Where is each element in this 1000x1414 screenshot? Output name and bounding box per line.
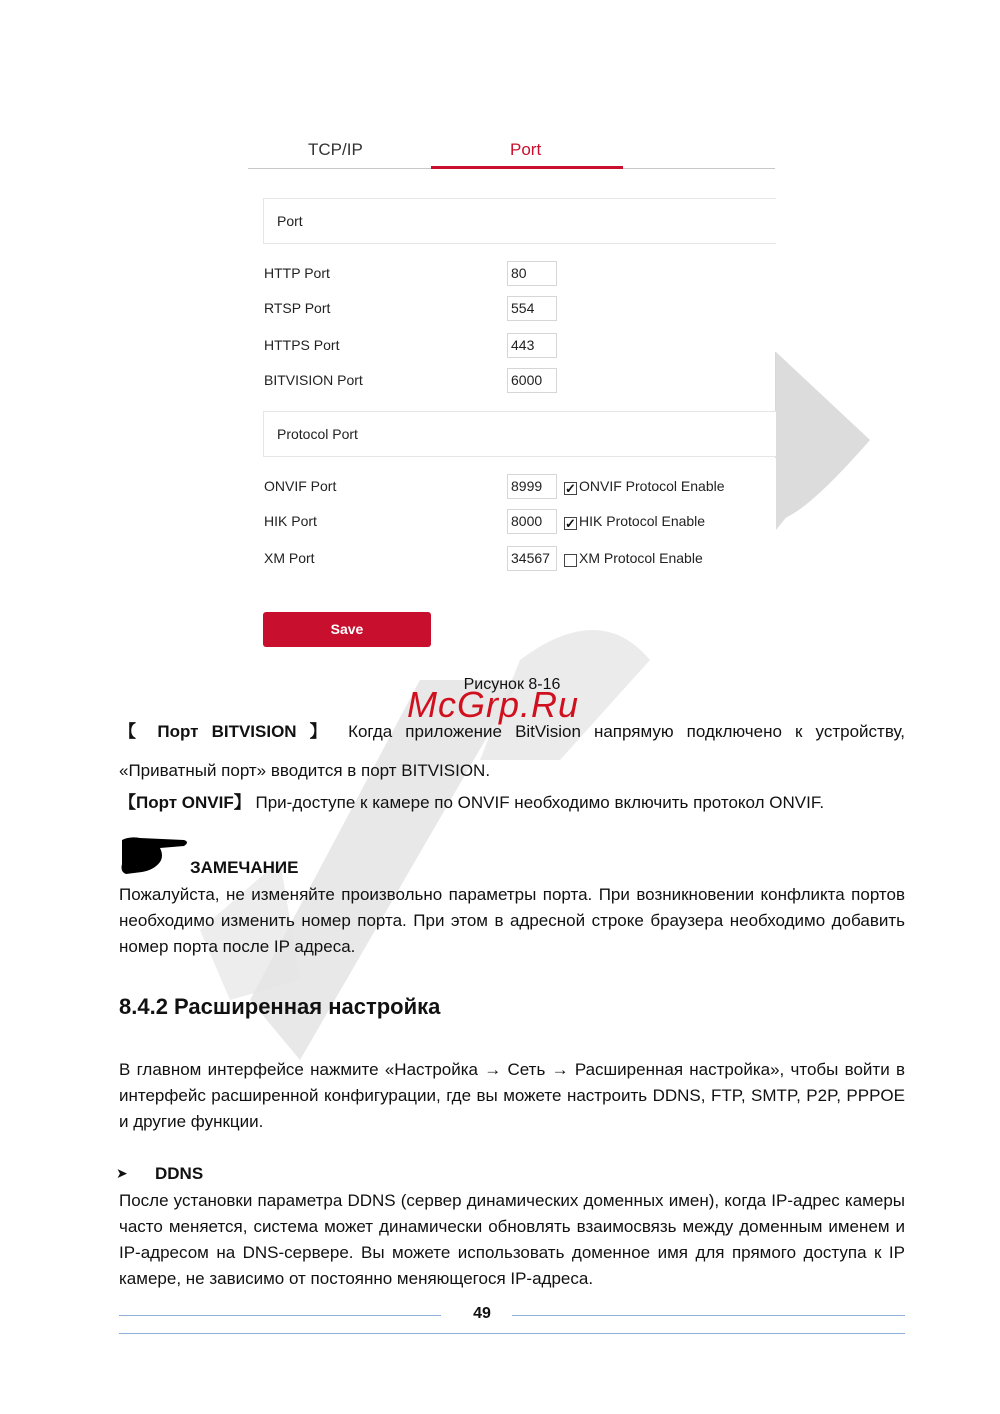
footer-rule-bottom xyxy=(119,1333,905,1334)
footer-rule-left xyxy=(119,1315,441,1316)
rtsp-port-label: RTSP Port xyxy=(264,300,330,316)
page-number: 49 xyxy=(462,1305,502,1323)
xm-enable-label: XM Protocol Enable xyxy=(579,550,703,566)
xm-port-input[interactable]: 34567 xyxy=(507,546,557,571)
note-text: Пожалуйста, не изменяйте произвольно пар… xyxy=(119,882,905,960)
active-tab-indicator xyxy=(431,166,623,169)
xm-port-label: XM Port xyxy=(264,550,315,566)
https-port-label: HTTPS Port xyxy=(264,337,339,353)
ddns-heading: DDNS xyxy=(155,1164,203,1184)
bitvision-port-input[interactable]: 6000 xyxy=(507,368,557,393)
onvif-port-input[interactable]: 8999 xyxy=(507,474,557,499)
hik-enable-label: HIK Protocol Enable xyxy=(579,513,705,529)
protocol-section-title: Protocol Port xyxy=(277,426,358,442)
tab-port[interactable]: Port xyxy=(510,140,541,160)
onvif-paragraph: 【Порт ONVIF】 При-доступе к камере по ONV… xyxy=(119,790,905,816)
port-section-title: Port xyxy=(277,213,303,229)
onvif-enable-checkbox[interactable]: ✓ xyxy=(564,482,577,495)
site-watermark: McGrp.Ru xyxy=(407,684,579,726)
section-heading: 8.4.2 Расширенная настройка xyxy=(119,994,440,1020)
bitvision-term: 【 Порт BITVISION 】 xyxy=(119,722,335,741)
hik-port-input[interactable]: 8000 xyxy=(507,509,557,534)
http-port-label: HTTP Port xyxy=(264,265,330,281)
tab-tcp-ip[interactable]: TCP/IP xyxy=(308,140,363,160)
protocol-section-header: Protocol Port xyxy=(263,411,776,457)
hik-port-label: HIK Port xyxy=(264,513,317,529)
ddns-text: После установки параметра DDNS (сервер д… xyxy=(119,1188,905,1292)
pointing-hand-icon xyxy=(120,834,190,876)
onvif-enable-label: ONVIF Protocol Enable xyxy=(579,478,725,494)
http-port-input[interactable]: 80 xyxy=(507,261,557,286)
hik-enable-checkbox[interactable]: ✓ xyxy=(564,517,577,530)
onvif-term: 【Порт ONVIF】 xyxy=(119,793,251,812)
tab-bar: TCP/IP Port xyxy=(248,132,775,169)
port-section-header: Port xyxy=(263,198,776,244)
save-button[interactable]: Save xyxy=(263,612,431,647)
footer-rule-right xyxy=(512,1315,905,1316)
https-port-input[interactable]: 443 xyxy=(507,333,557,358)
onvif-text: При-доступе к камере по ONVIF необходимо… xyxy=(251,793,824,812)
rtsp-port-input[interactable]: 554 xyxy=(507,296,557,321)
bitvision-port-label: BITVISION Port xyxy=(264,372,363,388)
xm-enable-checkbox[interactable] xyxy=(564,554,577,567)
section-intro: В главном интерфейсе нажмите «Настройка … xyxy=(119,1057,905,1135)
note-title: ЗАМЕЧАНИЕ xyxy=(190,858,298,878)
bullet-arrow-icon: ➤ xyxy=(116,1165,128,1182)
onvif-port-label: ONVIF Port xyxy=(264,478,336,494)
